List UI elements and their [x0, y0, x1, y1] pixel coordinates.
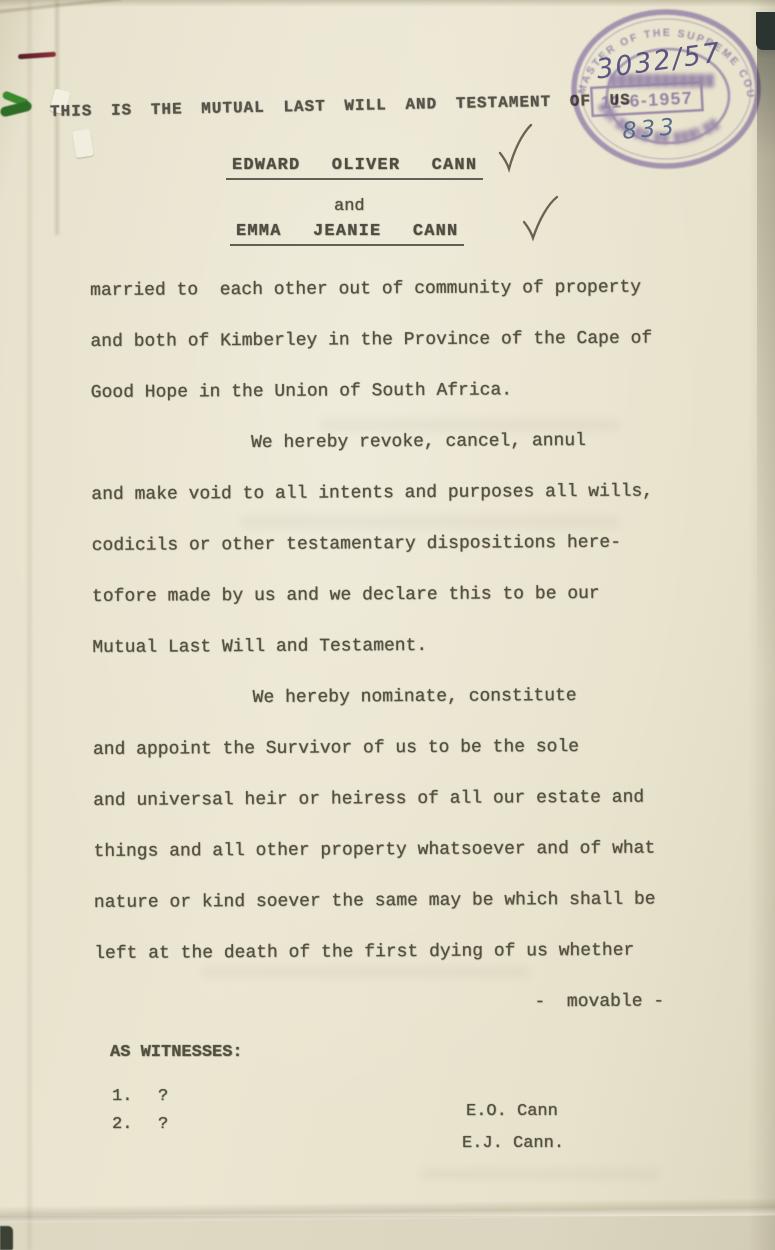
witnesses-heading: AS WITNESSES: — [110, 1043, 243, 1062]
bottom-page-strip — [0, 1216, 775, 1250]
body-line: left at the death of the first dying of … — [94, 925, 714, 980]
document-title: THIS IS THE MUTUAL LAST WILL AND TESTAME… — [50, 91, 631, 121]
conjunction-and: and — [334, 197, 365, 216]
body-line: married to each other out of community o… — [90, 262, 710, 317]
witness-1-number: 1. — [112, 1087, 132, 1106]
body-line: Good Hope in the Union of South Africa. — [91, 364, 711, 419]
body-line: Mutual Last Will and Testament. — [92, 619, 712, 674]
body-line: We hereby nominate, constitute — [92, 670, 712, 725]
body-line: tofore made by us and we declare this to… — [92, 568, 712, 623]
bottom-left-mark — [0, 1226, 13, 1250]
body-line: and make void to all intents and purpose… — [91, 466, 711, 521]
stamp-date: 11-6-1957 — [600, 88, 693, 113]
paper-chip — [72, 129, 94, 158]
witness-2-number: 2. — [112, 1115, 132, 1134]
body-line: and universal heir or heiress of all our… — [93, 772, 713, 827]
body-line: nature or kind soever the same may be wh… — [94, 874, 714, 929]
body-line: things and all other property whatsoever… — [93, 823, 713, 878]
will-body-text: married to each other out of community o… — [90, 262, 715, 1031]
body-line: We hereby revoke, cancel, annul — [91, 415, 711, 470]
signature-testator-1: E.O. Cann — [466, 1102, 558, 1121]
witness-2-mark: ? — [158, 1115, 168, 1134]
body-line: and appoint the Survivor of us to be the… — [93, 721, 713, 776]
body-line: and both of Kimberley in the Province of… — [90, 313, 710, 368]
checkmark-icon — [497, 122, 533, 176]
witness-1-mark: ? — [158, 1087, 168, 1106]
checkmark-icon — [520, 194, 560, 244]
scanned-will-page: THIS IS THE MUTUAL LAST WILL AND TESTAME… — [0, 0, 775, 1250]
signature-testator-2: E.J. Cann. — [462, 1134, 564, 1153]
body-line: codicils or other testamentary dispositi… — [92, 517, 712, 572]
left-fold-line — [26, 0, 33, 1250]
testator-1-name: EDWARD OLIVER CANN — [226, 156, 483, 180]
body-line-movable: - movable - — [94, 976, 714, 1031]
stamp-handwritten-number: 833 — [621, 114, 679, 145]
court-rubber-stamp: MASTER OF THE SUPREME COURT ██▌██ ██ ██ … — [556, 0, 775, 192]
ink-bleed-smudge — [420, 1168, 660, 1180]
testator-2-name: EMMA JEANIE CANN — [230, 222, 464, 246]
red-binding-mark — [18, 52, 56, 60]
